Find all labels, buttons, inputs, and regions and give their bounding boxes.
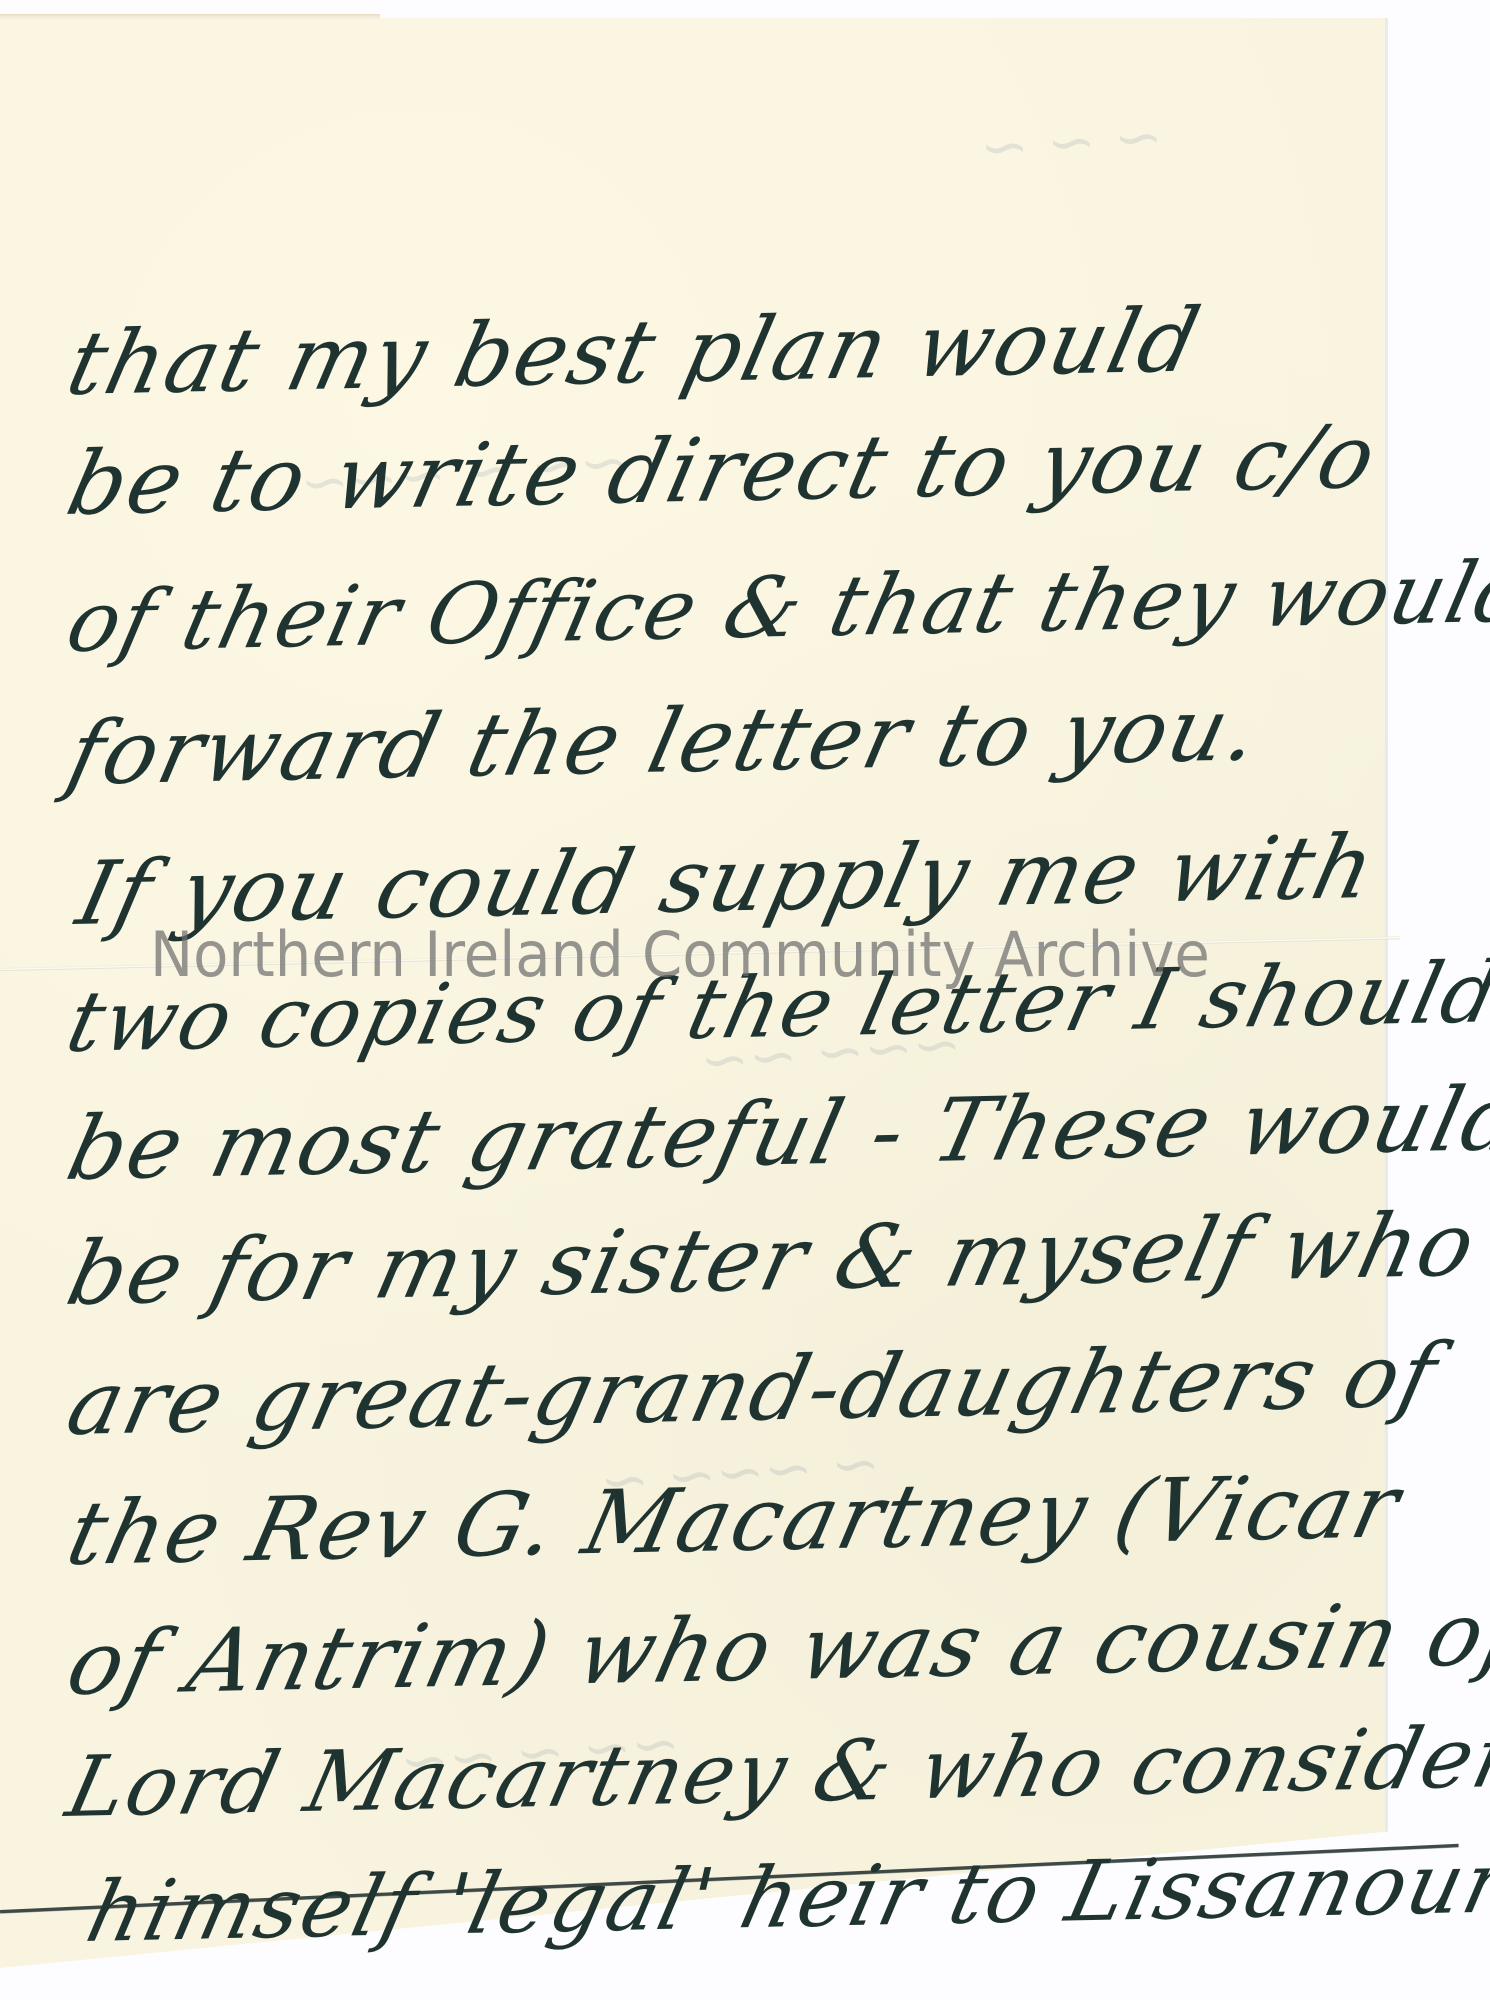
letter-line-4: forward the letter to you. <box>60 685 1269 798</box>
bleed-text: ~ ~ ~ <box>978 102 1165 183</box>
paper-top-edge <box>0 14 380 20</box>
letter-line-1: that my best plan would <box>60 297 1209 408</box>
archive-watermark: Northern Ireland Community Archive <box>150 918 1210 991</box>
letter-line-2: be to write direct to you c/o <box>60 413 1385 528</box>
scanned-page: ~ ~ ~ ~~ ~ ~~~ ~~~ ~~ ~ ~~~ ~ ~~ ~ ~~ th… <box>0 0 1490 2000</box>
letter-line-10: the Rev G. Macartney (Vicar <box>60 1462 1408 1578</box>
